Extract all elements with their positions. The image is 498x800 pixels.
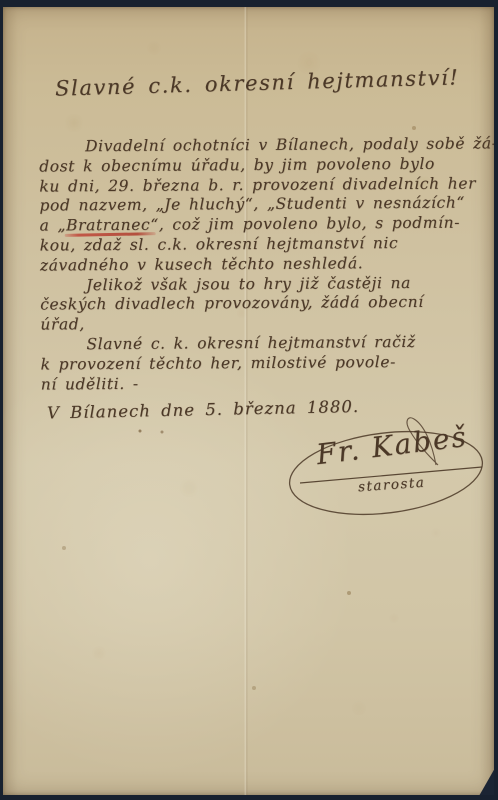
letter-body: Divadelní ochotníci v Bílanech, podaly s… (39, 134, 475, 419)
letter-line: ní uděliti. - (41, 372, 475, 395)
line-text: “, což jim povoleno bylo, s podmín- (150, 214, 460, 234)
signature-block: Fr. Kabeš starosta (286, 413, 486, 521)
salutation: Slavné c.k. okresní hejtmanství! (55, 65, 460, 100)
letter-line: českých divadlech provozovány, žádá obec… (40, 293, 474, 316)
letter-line: dost k obecnímu úřadu, by jim povoleno b… (39, 154, 473, 177)
letter-line: Slavné c. k. okresní hejtmanství račiž (40, 332, 474, 355)
letter-line: a „Bratranec“, což jim povoleno bylo, s … (40, 214, 474, 237)
paper-specks (3, 7, 5, 9)
line-text: a „ (40, 217, 67, 235)
letter-page: Slavné c.k. okresní hejtmanství! Divadel… (3, 7, 494, 795)
scan-corner-notch (479, 768, 494, 795)
scan-background: { "colors": { "scan_background": "#18212… (0, 0, 498, 800)
letter-line: Divadelní ochotníci v Bílanech, podaly s… (39, 134, 473, 157)
underlined-title-bratranec: Bratranec (66, 216, 150, 235)
